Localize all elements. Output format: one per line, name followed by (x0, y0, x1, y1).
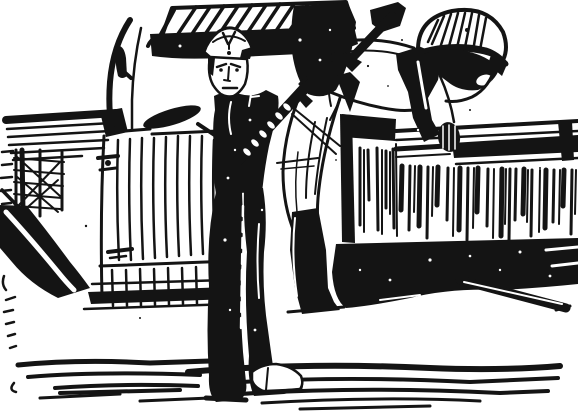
door-hinge-marks (98, 156, 118, 158)
speckle (229, 309, 231, 311)
speckle (519, 251, 522, 254)
speckle (499, 269, 501, 271)
speckle (254, 329, 257, 332)
speckle (549, 275, 552, 278)
speckle (298, 38, 301, 41)
speckle (261, 209, 263, 211)
illustration-frame: Ink sketch: soldiers boarding a military… (0, 0, 578, 412)
left-leg (208, 192, 247, 402)
speckle (401, 39, 403, 41)
speckle (329, 29, 331, 31)
speckle (389, 279, 392, 282)
speckle (469, 109, 471, 111)
speckle (357, 119, 359, 121)
speckle (179, 45, 182, 48)
door-hinge-knob (105, 160, 111, 166)
speckle (139, 317, 141, 319)
gun-receiver (219, 160, 241, 178)
speckle (469, 255, 472, 258)
speckle (223, 238, 226, 241)
left-boot-toe (206, 398, 246, 400)
speckle (367, 65, 369, 67)
speckle (319, 59, 322, 62)
door-hinge-marks (100, 168, 116, 170)
speckle (539, 167, 541, 169)
speckle (417, 129, 419, 131)
right-eye (235, 68, 239, 72)
helmet-vent-dot (465, 28, 469, 32)
second-rail-left (396, 146, 446, 149)
speckle (234, 149, 236, 151)
illustration-canvas: Ink sketch: soldiers boarding a military… (0, 0, 578, 412)
speckle (335, 159, 337, 161)
speckle (249, 119, 252, 122)
speckle (227, 177, 230, 180)
speckle (85, 225, 87, 227)
speckle (428, 258, 431, 261)
boot-sole (254, 390, 300, 392)
left-eye (219, 68, 223, 72)
speckle (359, 269, 361, 271)
speckle (219, 49, 221, 51)
speckle (387, 85, 389, 87)
cap-badge-dot (227, 51, 231, 55)
